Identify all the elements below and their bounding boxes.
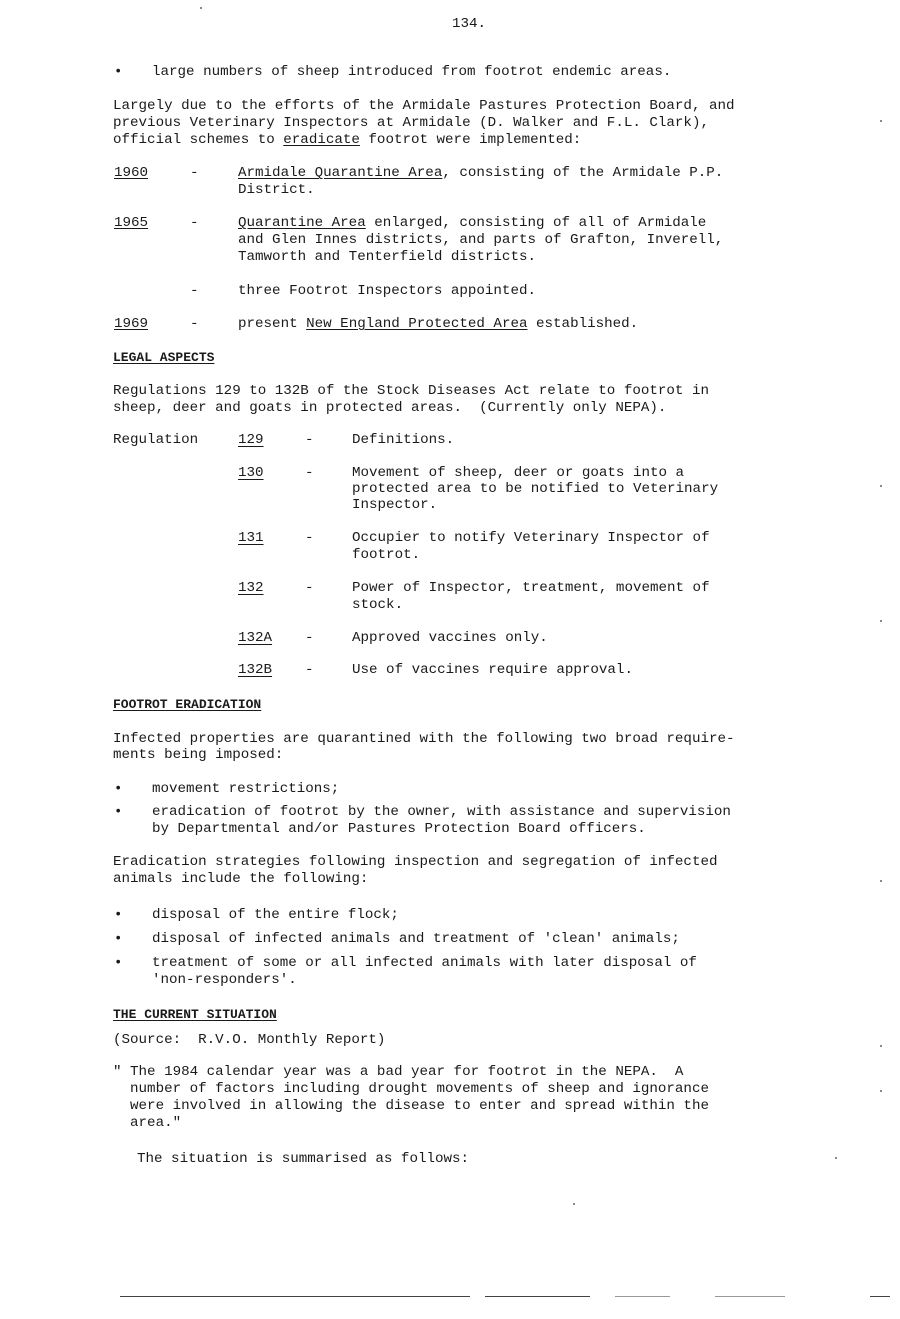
legal-para-line-1: Regulations 129 to 132B of the Stock Dis… bbox=[113, 383, 709, 400]
requirement-item: eradication of footrot by the owner, wit… bbox=[152, 804, 731, 821]
timeline-entry-rest: established. bbox=[528, 316, 639, 332]
strategy-item: treatment of some or all infected animal… bbox=[152, 955, 697, 972]
timeline-entry-text: present New England Protected Area estab… bbox=[238, 316, 638, 333]
regulation-dash: - bbox=[305, 465, 314, 482]
regulation-dash: - bbox=[305, 662, 314, 679]
scan-speck bbox=[200, 7, 202, 9]
timeline-entry-line-3: Tamworth and Tenterfield districts. bbox=[238, 249, 536, 266]
regulation-number: 131 bbox=[238, 530, 264, 547]
quote-line: were involved in allowing the disease to… bbox=[113, 1098, 709, 1115]
regulation-dash: - bbox=[305, 530, 314, 547]
footer-rule bbox=[615, 1296, 670, 1297]
eradication-para-2-line-2: animals include the following: bbox=[113, 871, 368, 888]
regulation-number: 132B bbox=[238, 662, 272, 679]
regulation-description: Approved vaccines only. bbox=[352, 630, 548, 647]
regulation-label: Regulation bbox=[113, 432, 198, 449]
quote-line: area." bbox=[113, 1115, 181, 1132]
eradication-para-1-line-1: Infected properties are quarantined with… bbox=[113, 731, 735, 748]
footer-rule bbox=[870, 1296, 890, 1297]
section-heading-current-situation: THE CURRENT SITUATION bbox=[113, 1007, 277, 1024]
regulation-description-line-2: stock. bbox=[352, 597, 403, 614]
timeline-entry-text: three Footrot Inspectors appointed. bbox=[238, 283, 536, 300]
scan-speck bbox=[573, 1203, 575, 1205]
timeline-entry-prefix: present bbox=[238, 316, 306, 332]
eradicate-emphasis: eradicate bbox=[283, 132, 360, 148]
summary-intro: The situation is summarised as follows: bbox=[137, 1151, 469, 1168]
eradication-para-1-line-2: ments being imposed: bbox=[113, 747, 283, 764]
timeline-year: 1965 bbox=[114, 215, 148, 232]
bullet-icon: • bbox=[114, 64, 122, 80]
requirement-item-line-2: by Departmental and/or Pastures Protecti… bbox=[152, 821, 646, 838]
intro-bullet-text: large numbers of sheep introduced from f… bbox=[152, 64, 671, 81]
scan-speck bbox=[880, 1045, 882, 1047]
bullet-icon: • bbox=[114, 955, 122, 971]
regulation-dash: - bbox=[305, 580, 314, 597]
intro-line-2: previous Veterinary Inspectors at Armida… bbox=[113, 115, 709, 132]
bullet-icon: • bbox=[114, 804, 122, 820]
intro-line-3: official schemes to eradicate footrot we… bbox=[113, 132, 581, 149]
timeline-year: 1960 bbox=[114, 165, 148, 182]
regulation-number: 130 bbox=[238, 465, 264, 482]
page-number: 134. bbox=[452, 16, 486, 32]
scan-speck bbox=[880, 620, 882, 622]
regulation-description-line-2: protected area to be notified to Veterin… bbox=[352, 481, 718, 498]
regulation-number: 132A bbox=[238, 630, 272, 647]
regulation-description: Definitions. bbox=[352, 432, 454, 449]
footer-rule bbox=[485, 1296, 590, 1297]
timeline-entry-line-2: and Glen Innes districts, and parts of G… bbox=[238, 232, 723, 249]
scan-speck bbox=[880, 1090, 882, 1092]
regulation-description: Movement of sheep, deer or goats into a bbox=[352, 465, 684, 482]
timeline-dash: - bbox=[190, 165, 199, 182]
regulation-number: 129 bbox=[238, 432, 264, 449]
scan-speck bbox=[880, 880, 882, 882]
quarantine-area: Quarantine Area bbox=[238, 215, 366, 231]
regulation-description: Power of Inspector, treatment, movement … bbox=[352, 580, 710, 597]
section-heading-legal-aspects: LEGAL ASPECTS bbox=[113, 350, 214, 367]
legal-para-line-2: sheep, deer and goats in protected areas… bbox=[113, 400, 666, 417]
strategy-item-line-2: 'non-responders'. bbox=[152, 972, 297, 989]
quote-line: number of factors including drought move… bbox=[113, 1081, 709, 1098]
strategy-item: disposal of the entire flock; bbox=[152, 907, 399, 924]
footer-rule bbox=[120, 1296, 470, 1297]
scan-speck bbox=[880, 485, 882, 487]
timeline-entry-line-2: District. bbox=[238, 182, 315, 199]
new-england-protected-area: New England Protected Area bbox=[306, 316, 527, 332]
timeline-entry-rest: , consisting of the Armidale P.P. bbox=[442, 165, 723, 181]
timeline-dash: - bbox=[190, 283, 199, 300]
requirement-item: movement restrictions; bbox=[152, 781, 339, 798]
bullet-icon: • bbox=[114, 781, 122, 797]
eradication-para-2-line-1: Eradication strategies following inspect… bbox=[113, 854, 718, 871]
timeline-entry-text: Quarantine Area enlarged, consisting of … bbox=[238, 215, 706, 232]
regulation-number: 132 bbox=[238, 580, 264, 597]
timeline-year: 1969 bbox=[114, 316, 148, 333]
strategy-item: disposal of infected animals and treatme… bbox=[152, 931, 680, 948]
regulation-description: Use of vaccines require approval. bbox=[352, 662, 633, 679]
intro-line-1: Largely due to the efforts of the Armida… bbox=[113, 98, 735, 115]
regulation-description: Occupier to notify Veterinary Inspector … bbox=[352, 530, 710, 547]
timeline-dash: - bbox=[190, 215, 199, 232]
timeline-entry-text: Armidale Quarantine Area, consisting of … bbox=[238, 165, 723, 182]
timeline-entry-rest: enlarged, consisting of all of Armidale bbox=[366, 215, 707, 231]
bullet-icon: • bbox=[114, 907, 122, 923]
bullet-icon: • bbox=[114, 931, 122, 947]
intro-line-3-rest: footrot were implemented: bbox=[360, 132, 581, 148]
regulation-dash: - bbox=[305, 630, 314, 647]
intro-line-3-text: official schemes to bbox=[113, 132, 283, 148]
scan-speck bbox=[835, 1157, 837, 1159]
section-heading-footrot-eradication: FOOTROT ERADICATION bbox=[113, 697, 261, 714]
timeline-dash: - bbox=[190, 316, 199, 333]
regulation-description-line-2: footrot. bbox=[352, 547, 420, 564]
footer-rule bbox=[715, 1296, 785, 1297]
regulation-description-line-3: Inspector. bbox=[352, 497, 437, 514]
quote-line: " The 1984 calendar year was a bad year … bbox=[113, 1064, 683, 1081]
armidale-quarantine-area: Armidale Quarantine Area bbox=[238, 165, 442, 181]
regulation-dash: - bbox=[305, 432, 314, 449]
source-note: (Source: R.V.O. Monthly Report) bbox=[113, 1032, 385, 1049]
scan-speck bbox=[880, 120, 882, 122]
